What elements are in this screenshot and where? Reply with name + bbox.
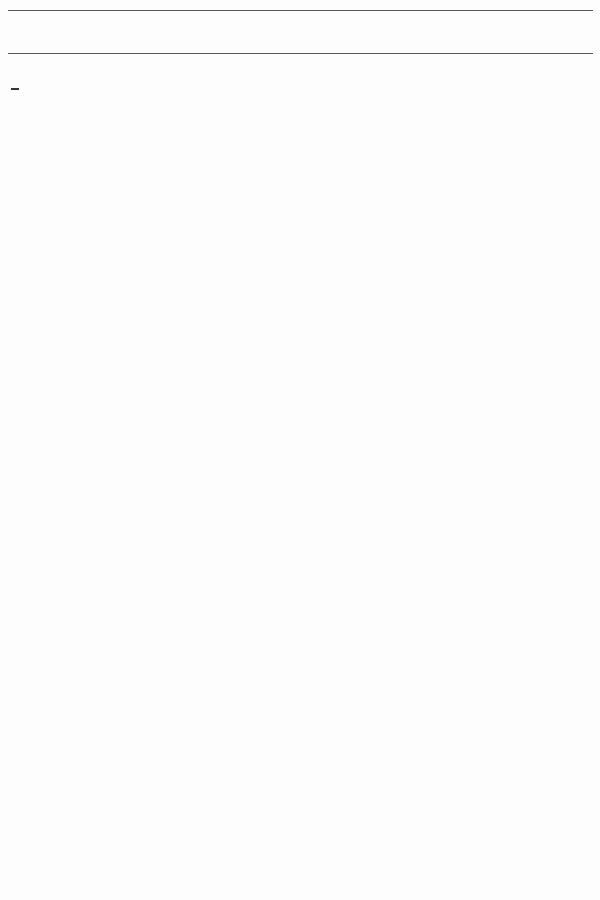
header-bottom-rule xyxy=(8,53,593,54)
section-1-marker xyxy=(11,88,19,90)
section-1-heading xyxy=(11,75,22,94)
header-top-rule xyxy=(8,10,593,11)
